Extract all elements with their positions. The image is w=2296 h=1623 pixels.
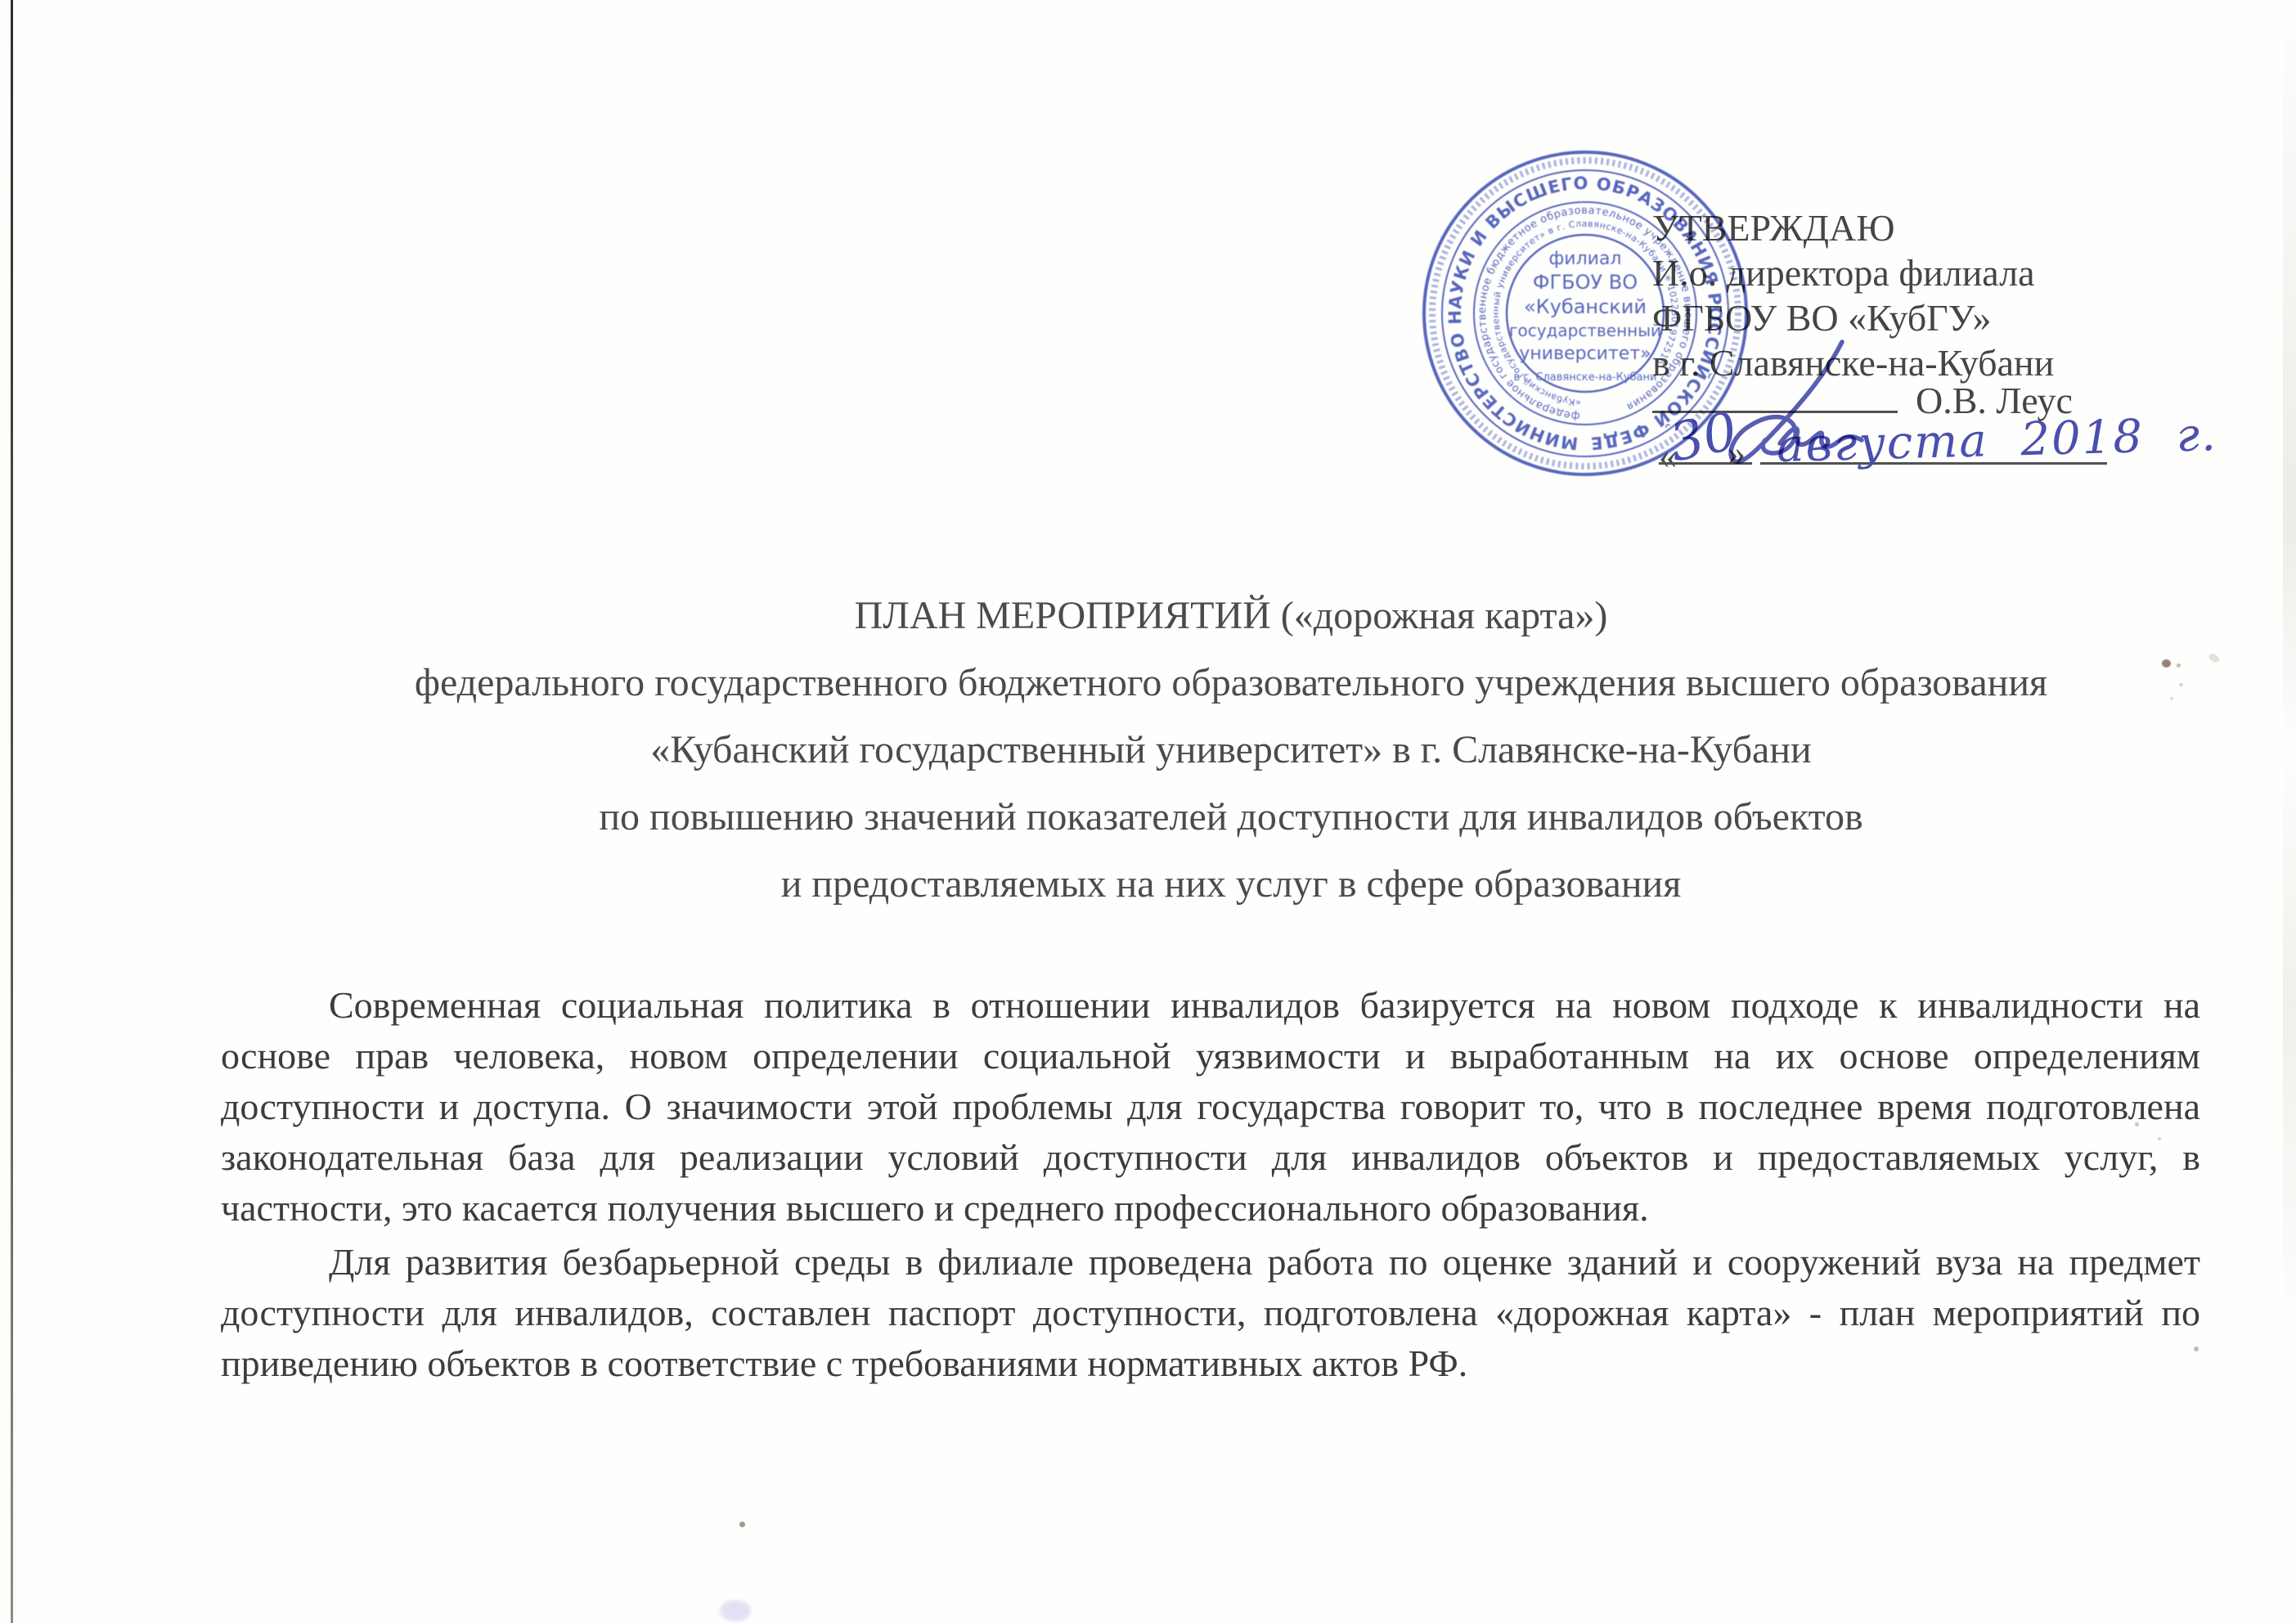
stamp-center-line-2: ФГБОУ ВО: [1533, 271, 1638, 294]
scan-speck: [2158, 1137, 2161, 1140]
scan-speck: [2170, 697, 2173, 700]
paragraph-1-line-2: основе прав человека, новом определении …: [221, 1031, 2200, 1081]
paragraph-2: Для развития безбарьерной среды в филиал…: [221, 1237, 2200, 1389]
paragraph-1-line-4: законодательная база для реализации усло…: [221, 1132, 2200, 1183]
scan-speck: [2162, 659, 2171, 668]
paragraph-1-line-5: частности, это касается получения высшег…: [221, 1183, 2200, 1234]
title-line-4: по повышению значений показателей доступ…: [221, 784, 2241, 851]
title-line-2: федерального государственного бюджетного…: [221, 650, 2241, 717]
stamp-center-line-1: филиал: [1548, 249, 1621, 269]
stamp-center-line-3: «Кубанский: [1524, 295, 1647, 318]
stamp-center-line-5: университет»: [1519, 344, 1651, 364]
scan-speck: [2194, 1347, 2199, 1351]
title-line-5: и предоставляемых на них услуг в сфере о…: [221, 851, 2241, 918]
university-round-stamp: МИНИСТЕРСТВО НАУКИ И ВЫСШЕГО ОБРАЗОВАНИЯ…: [1422, 150, 1749, 477]
scan-speck: [2177, 663, 2181, 668]
paragraph-2-line-3: приведению объектов в соответствие с тре…: [221, 1338, 2200, 1389]
scan-smudge-artifact: [2283, 0, 2296, 1623]
title-line-1: ПЛАН МЕРОПРИЯТИЙ («дорожная карта»): [221, 582, 2241, 650]
paragraph-1: Современная социальная политика в отноше…: [221, 980, 2200, 1234]
paragraph-2-line-2: доступности для инвалидов, составлен пас…: [221, 1288, 2200, 1338]
paragraph-2-line-1: Для развития безбарьерной среды в филиал…: [221, 1237, 2200, 1288]
paragraph-1-line-3: доступности и доступа. О значимости этой…: [221, 1081, 2200, 1132]
scan-speck: [2135, 1122, 2139, 1126]
document-title-block: ПЛАН МЕРОПРИЯТИЙ («дорожная карта») феде…: [221, 582, 2241, 918]
scanned-document-page: УТВЕРЖДАЮ И.о. директора филиала ФГБОУ В…: [0, 0, 2296, 1623]
stamp-center-line-6: в г. Славянске-на-Кубани: [1514, 371, 1657, 384]
paragraph-1-line-1: Современная социальная политика в отноше…: [221, 980, 2200, 1031]
stamp-center-line-4: государственный: [1509, 321, 1661, 340]
scan-speck: [720, 1600, 751, 1621]
title-line-3: «Кубанский государственный университет» …: [221, 717, 2241, 784]
scan-edge-artifact: [11, 0, 13, 1623]
scan-speck: [739, 1522, 745, 1527]
scan-speck: [2179, 683, 2183, 686]
